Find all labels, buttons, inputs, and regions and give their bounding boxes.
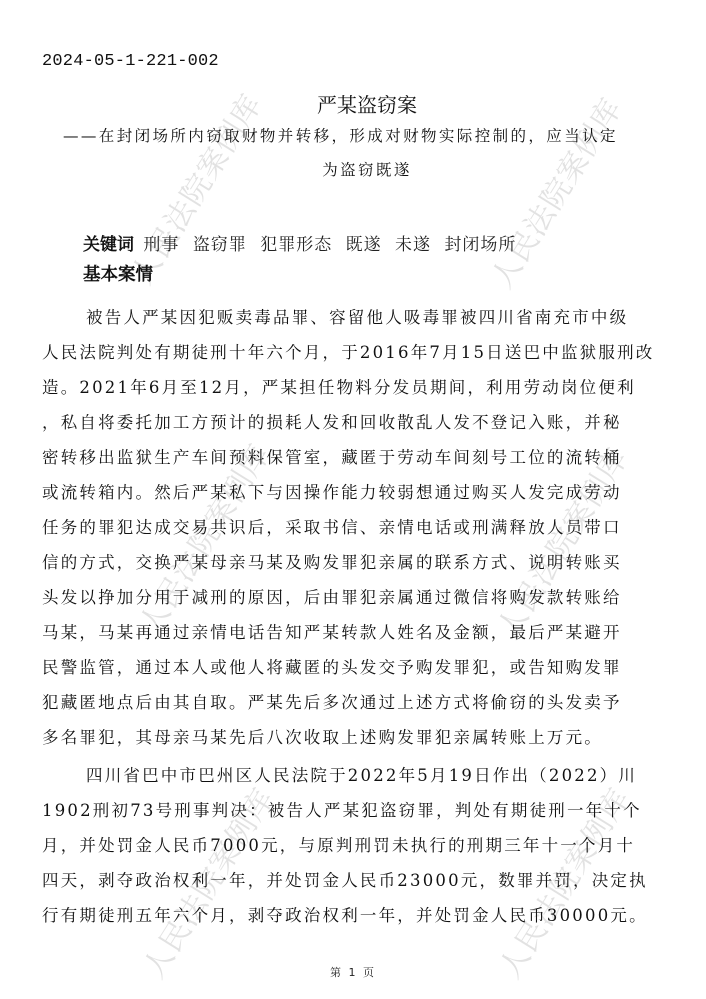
keyword: 封闭场所 <box>444 235 516 255</box>
section-heading-basic-facts: 基本案情 <box>83 261 153 286</box>
paragraph-line: 犯藏匿地点后由其自取。严某先后多次通过上述方式将偷窃的头发卖予 <box>42 689 622 713</box>
paragraph-line: 月，并处罚金人民币7000元，与原判刑罚未执行的刑期三年十一个月十 <box>42 832 635 856</box>
paragraph-line: 信的方式，交换严某母亲马某及购发罪犯亲属的联系方式、说明转账买 <box>42 549 622 573</box>
paragraph-line: 造。2021年6月至12月，严某担任物料分发员期间，利用劳动岗位便利 <box>42 374 636 398</box>
keywords-label: 关键词 <box>83 235 134 255</box>
keywords: 关键词 刑事 盗窃罪 犯罪形态 既遂 未遂 封闭场所 <box>83 230 524 255</box>
paragraph-line: 任务的罪犯达成交易共识后，采取书信、亲情电话或刑满释放人员带口 <box>42 514 622 538</box>
paragraph-line: 人民法院判处有期徒刑十年六个月，于2016年7月15日送巴中监狱服刑改 <box>42 339 655 363</box>
keyword: 盗窃罪 <box>193 235 247 255</box>
document-subtitle-line-1: ——在封闭场所内窃取财物并转移，形成对财物实际控制的，应当认定 <box>63 124 618 146</box>
paragraph-line: 马某，马某再通过亲情电话告知严某转款人姓名及金额，最后严某避开 <box>42 619 622 643</box>
paragraph-line: ，私自将委托加工方预计的损耗人发和回收散乱人发不登记入账，并秘 <box>42 409 622 433</box>
paragraph-line: 1902刑初73号刑事判决：被告人严某犯盗窃罪，判处有期徒刑一年十个 <box>42 797 642 821</box>
paragraph-line: 四川省巴中市巴州区人民法院于2022年5月19日作出（2022）川 <box>86 762 637 786</box>
document-title: 严某盗窃案 <box>0 89 706 118</box>
page-number: 第 1 页 <box>0 964 706 980</box>
case-id: 2024-05-1-221-002 <box>42 52 219 71</box>
document-page: 人民法院案例库 人民法院案例库 人民法院案例库 人民法院案例库 人民法院案例库 … <box>0 0 706 999</box>
watermark: 人民法院案例库 <box>478 88 630 295</box>
paragraph-line: 民警监管，通过本人或他人将藏匿的头发交予购发罪犯，或告知购发罪 <box>42 654 622 678</box>
watermark: 人民法院案例库 <box>484 438 636 645</box>
paragraph-line: 密转移出监狱生产车间预料保管室，藏匿于劳动车间刻号工位的流转桶 <box>42 444 622 468</box>
paragraph-line: 多名罪犯，其母亲马某先后八次收取上述购发罪犯亲属转账上万元。 <box>42 724 603 748</box>
keyword: 刑事 <box>143 235 179 255</box>
keyword: 犯罪形态 <box>260 235 332 255</box>
document-subtitle-line-2: 为盗窃既遂 <box>0 158 706 180</box>
keyword: 未遂 <box>395 235 431 255</box>
paragraph-line: 头发以挣加分用于减刑的原因，后由罪犯亲属通过微信将购发款转账给 <box>42 584 622 608</box>
paragraph-line: 被告人严某因犯贩卖毒品罪、容留他人吸毒罪被四川省南充市中级 <box>86 304 628 328</box>
keyword: 既遂 <box>346 235 382 255</box>
paragraph-line: 行有期徒刑五年六个月，剥夺政治权利一年，并处罚金人民币30000元。 <box>42 902 648 926</box>
paragraph-line: 或流转箱内。然后严某私下与因操作能力较弱想通过购买人发完成劳动 <box>42 479 622 503</box>
paragraph-line: 四天，剥夺政治权利一年，并处罚金人民币23000元，数罪并罚，决定执 <box>42 867 648 891</box>
